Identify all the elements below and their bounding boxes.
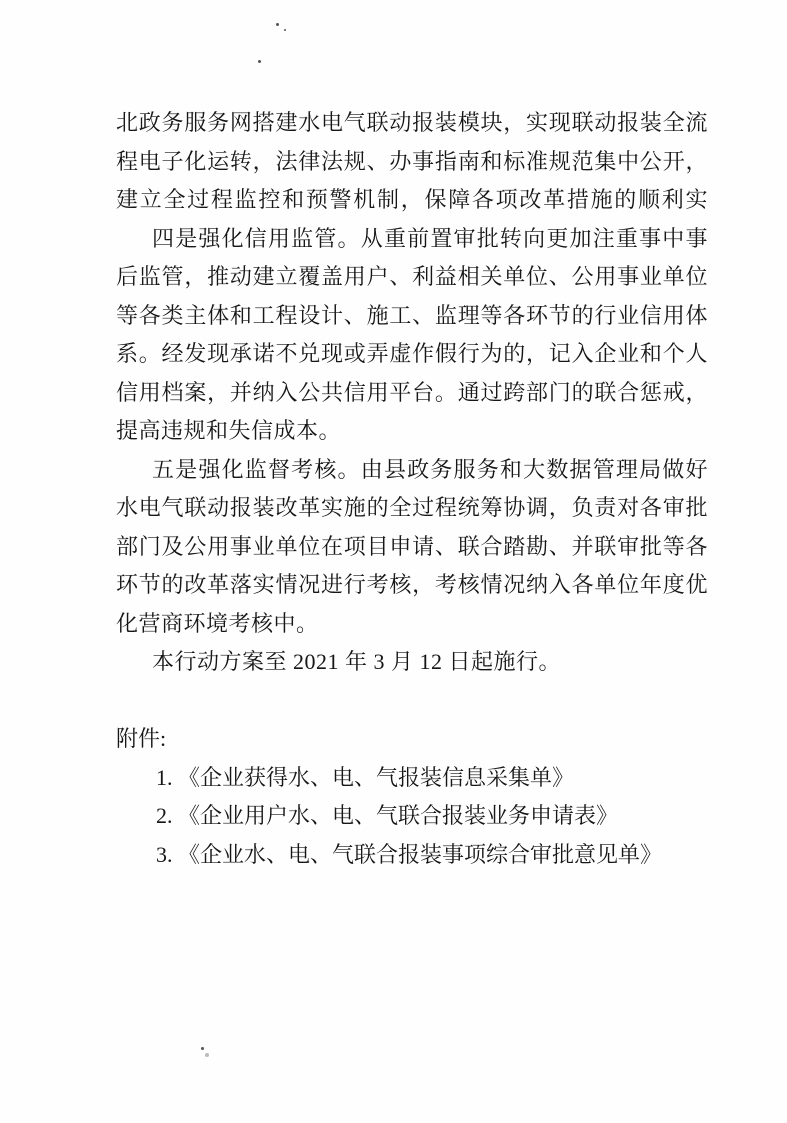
paragraph-line: 五是强化监督考核。由县政务服务和大数据管理局做好 [116, 451, 708, 490]
paragraph-line: 等各类主体和工程设计、施工、监理等各环节的行业信用体 [116, 297, 708, 336]
scan-noise-dot [201, 1047, 204, 1050]
attachment-item: 3. 《企业水、电、气联合报装事项综合审批意见单》 [116, 836, 708, 875]
paragraph-line: 四是强化信用监管。从重前置审批转向更加注重事中事 [116, 220, 708, 259]
document-content: 北政务服务网搭建水电气联动报装模块，实现联动报装全流程电子化运转，法律法规、办事… [116, 104, 708, 874]
paragraph-line: 化营商环境考核中。 [116, 605, 708, 644]
scan-noise-dot [276, 23, 279, 26]
attachment-item: 1. 《企业获得水、电、气报装信息采集单》 [116, 759, 708, 798]
paragraph-line: 提高违规和失信成本。 [116, 412, 708, 451]
paragraph-line: 本行动方案至 2021 年 3 月 12 日起施行。 [116, 643, 708, 682]
scanned-document-page: 北政务服务网搭建水电气联动报装模块，实现联动报装全流程电子化运转，法律法规、办事… [0, 0, 787, 1123]
attachments-list: 1. 《企业获得水、电、气报装信息采集单》2. 《企业用户水、电、气联合报装业务… [116, 759, 708, 875]
document-body: 北政务服务网搭建水电气联动报装模块，实现联动报装全流程电子化运转，法律法规、办事… [116, 104, 708, 682]
paragraph-line: 后监管，推动建立覆盖用户、利益相关单位、公用事业单位 [116, 258, 708, 297]
scan-noise-dot [258, 60, 261, 63]
paragraph-line: 水电气联动报装改革实施的全过程统筹协调，负责对各审批 [116, 489, 708, 528]
scan-noise-dot [284, 29, 286, 31]
paragraph-line: 系。经发现承诺不兑现或弄虚作假行为的，记入企业和个人 [116, 335, 708, 374]
paragraph-line: 部门及公用事业单位在项目申请、联合踏勘、并联审批等各 [116, 528, 708, 567]
attachment-item: 2. 《企业用户水、电、气联合报装业务申请表》 [116, 797, 708, 836]
attachments-section: 附件: 1. 《企业获得水、电、气报装信息采集单》2. 《企业用户水、电、气联合… [116, 720, 708, 874]
scan-noise-dot [205, 1053, 209, 1057]
blank-line-spacer [116, 682, 708, 721]
paragraph-line: 北政务服务网搭建水电气联动报装模块，实现联动报装全流 [116, 104, 708, 143]
attachments-label: 附件: [116, 720, 708, 759]
paragraph-line: 信用档案，并纳入公共信用平台。通过跨部门的联合惩戒， [116, 374, 708, 413]
paragraph-line: 建立全过程监控和预警机制，保障各项改革措施的顺利实施。 [116, 181, 708, 220]
paragraph-line: 环节的改革落实情况进行考核，考核情况纳入各单位年度优 [116, 566, 708, 605]
paragraph-line: 程电子化运转，法律法规、办事指南和标准规范集中公开， [116, 143, 708, 182]
